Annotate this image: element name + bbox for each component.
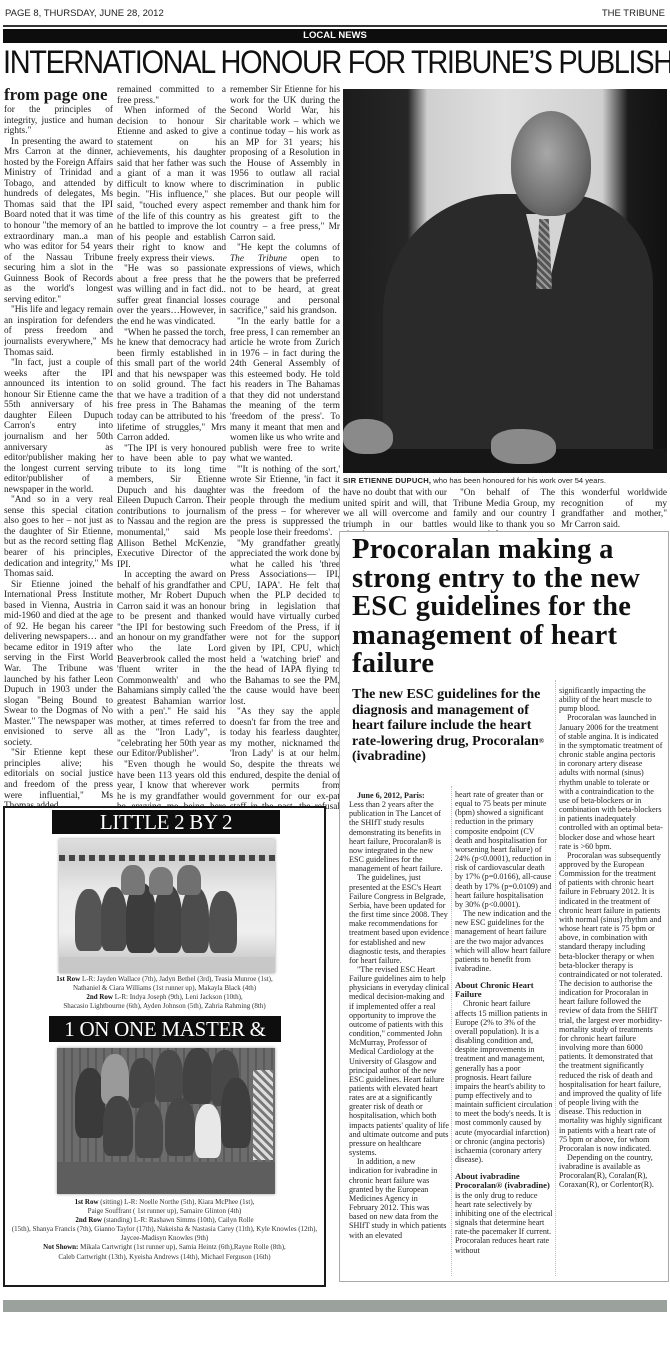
story-column-3: remember Sir Etienne for his work for th…	[230, 85, 340, 810]
photo-child	[101, 887, 127, 951]
photo-child	[181, 887, 209, 953]
section-label: LOCAL NEWS	[3, 29, 667, 43]
photo-child	[195, 1104, 221, 1158]
ad-banner-academy: LITTLE 2 BY 2 ACADEMY	[52, 810, 280, 834]
publication-title: The Tribune	[230, 254, 287, 264]
story-paragraph: for the principles of integrity, justice…	[4, 105, 113, 137]
photo-child	[129, 1058, 155, 1108]
story-paragraph: When informed of the decision to honour …	[117, 106, 226, 264]
article-paragraph: In addition, a new indication for ivabra…	[349, 1157, 449, 1239]
photo-child	[154, 885, 182, 953]
subheading: About Chronic Heart Failure	[455, 981, 553, 999]
folio-divider	[3, 25, 667, 27]
article-paragraph: Less than 2 years after the publication …	[349, 800, 449, 873]
photo-deck	[57, 1162, 275, 1194]
photo-child	[135, 1102, 163, 1158]
caption-line: 1st Row L-R: Jayden Wallace (7th), Jadyn…	[11, 975, 318, 984]
portrait-photo	[343, 89, 667, 473]
story-paragraph: "'It is nothing of the sort,' wrote Sir …	[230, 465, 340, 539]
story-paragraph: "In fact, just a couple of weeks after t…	[4, 358, 113, 495]
photo-child	[121, 865, 145, 895]
caption-line: Caleb Cartwright (13th), Kyeisha Andrews…	[11, 1253, 318, 1262]
article-paragraph: is the only drug to reduce heart rate se…	[455, 1191, 553, 1255]
story-paragraph: remained committed to a free press."	[117, 85, 226, 106]
photo-caption: SIR ETIENNE DUPUCH, who has been honoure…	[343, 476, 667, 485]
photo-floor	[59, 957, 275, 973]
story-paragraph: "My grandfather greatly appreciated the …	[230, 539, 340, 708]
caption-line: Nathaniel & Ciara Williams (1st runner u…	[11, 984, 318, 993]
article-paragraph: Procoralan was subsequently approved by …	[559, 851, 663, 1153]
group-photo-master-miss	[57, 1048, 275, 1194]
caption-line: Not Shown: Mikala Cartwright (1st runner…	[11, 1243, 318, 1252]
caption-line: 2nd Row (standing) L-R: Rashawn Simms (1…	[11, 1216, 318, 1225]
ad-caption-academy: 1st Row L-R: Jayden Wallace (7th), Jadyn…	[11, 975, 318, 1011]
article-paragraph: The new indication and the new ESC guide…	[455, 909, 553, 973]
subheading: Procoralan® (ivabradine)	[455, 1181, 553, 1190]
article-paragraph: The guidelines, just presented at the ES…	[349, 873, 449, 965]
photo-child	[149, 867, 173, 895]
caption-line: (15th), Shanya Francis (7th), Gianno Tay…	[11, 1225, 318, 1243]
photo-wall-border	[59, 855, 275, 861]
story-paragraph: In accepting the award on behalf of his …	[117, 570, 226, 760]
caption-text: who has been honoured for his work over …	[431, 476, 606, 485]
page-headline: INTERNATIONAL HONOUR FOR TRIBUNE’S PUBLI…	[3, 42, 670, 82]
story-paragraph: "And so in a very real sense this specia…	[4, 495, 113, 579]
story-paragraph: "When he passed the torch, he knew that …	[117, 328, 226, 444]
story-paragraph: "He kept the columns of The Tribune open…	[230, 243, 340, 317]
story-paragraph: remember Sir Etienne for his work for th…	[230, 85, 340, 243]
story-paragraph: "The IPI is very honoured to have been a…	[117, 444, 226, 571]
photo-child	[183, 1048, 213, 1104]
photo-child	[177, 865, 201, 895]
story-column-2: remained committed to a free press." Whe…	[117, 85, 226, 810]
photo-child	[209, 891, 237, 953]
column-divider	[555, 680, 556, 1276]
photo-child	[165, 1098, 195, 1156]
procoralan-deck: The new ESC guidelines for the diagnosis…	[352, 687, 552, 765]
column-divider	[451, 786, 452, 1276]
story-paragraph: "As they say the apple doesn't far from …	[230, 707, 340, 810]
photo-figure-hand	[491, 429, 556, 464]
caption-line: 1st Row (sitting) L-R: Noelle Northe (5t…	[11, 1198, 318, 1207]
story-column-1: from page one for the principles of inte…	[4, 86, 113, 811]
photo-child	[75, 889, 103, 951]
story-paragraph: In presenting the award to Mrs Carron at…	[4, 137, 113, 306]
article-paragraph: heart rate of greater than or equal to 7…	[455, 790, 553, 909]
photo-figure-hand	[343, 419, 393, 454]
story-tail-column-3: this wonderful worldwide recognition of …	[561, 488, 667, 530]
article-paragraph: significantly impacting the ability of t…	[559, 686, 663, 713]
article-paragraph: Procoralan was launched in January 2006 …	[559, 713, 663, 850]
photo-child	[103, 1096, 133, 1156]
photo-figure-head	[511, 111, 591, 216]
footer-bar	[3, 1300, 667, 1312]
article-paragraph: "The revised ESC Heart Failure guideline…	[349, 965, 449, 1157]
procoralan-article-box: Procoralan making a strong entry to the …	[339, 531, 669, 1282]
article-paragraph: Chronic heart failure affects 15 million…	[455, 999, 553, 1164]
procoralan-column-1: June 6, 2012, Paris: Less than 2 years a…	[349, 791, 449, 1240]
caption-name: SIR ETIENNE DUPUCH,	[343, 476, 431, 485]
caption-line: Paige Souffrant ( 1st runner up), Samair…	[11, 1207, 318, 1216]
story-kicker: from page one	[4, 86, 113, 104]
group-photo-academy	[59, 839, 275, 973]
procoralan-column-2: heart rate of greater than or equal to 7…	[455, 790, 553, 1255]
folio-line: PAGE 8, THURSDAY, JUNE 28, 2012 THE TRIB…	[5, 8, 665, 24]
caption-line: 2nd Row L-R: Indya Joseph (9th), Leni Ja…	[11, 993, 318, 1002]
dateline: June 6, 2012, Paris:	[349, 791, 449, 800]
procoralan-column-3: significantly impacting the ability of t…	[559, 686, 663, 1190]
story-paragraph: "Sir Etienne kept these principles alive…	[4, 748, 113, 811]
ad-banner-master-miss: 1 ON ONE MASTER & MISS	[49, 1016, 281, 1042]
publication-name: THE TRIBUNE	[602, 8, 665, 24]
story-paragraph: Sir Etienne joined the International Pre…	[4, 580, 113, 749]
photo-child	[221, 1078, 251, 1148]
caption-line: Shacasio Lightbourne (6th), Ayden Johnso…	[11, 1002, 318, 1011]
article-paragraph: Depending on the country, ivabradine is …	[559, 1153, 663, 1190]
procoralan-headline: Procoralan making a strong entry to the …	[352, 536, 668, 679]
photo-child	[155, 1050, 183, 1102]
story-paragraph: "He was so passionate about a free press…	[117, 264, 226, 327]
ad-caption-master-miss: 1st Row (sitting) L-R: Noelle Northe (5t…	[11, 1198, 318, 1262]
page-date: PAGE 8, THURSDAY, JUNE 28, 2012	[5, 8, 164, 24]
story-paragraph: "His life and legacy remain an inspirati…	[4, 305, 113, 358]
photo-lattice	[253, 1070, 273, 1160]
academy-advertisement: LITTLE 2 BY 2 ACADEMY 1st Row L-R: Jayde…	[3, 806, 326, 1287]
story-paragraph: "In the early battle for a free press, I…	[230, 317, 340, 465]
story-paragraph: "Even though he would have been 113 year…	[117, 760, 226, 810]
